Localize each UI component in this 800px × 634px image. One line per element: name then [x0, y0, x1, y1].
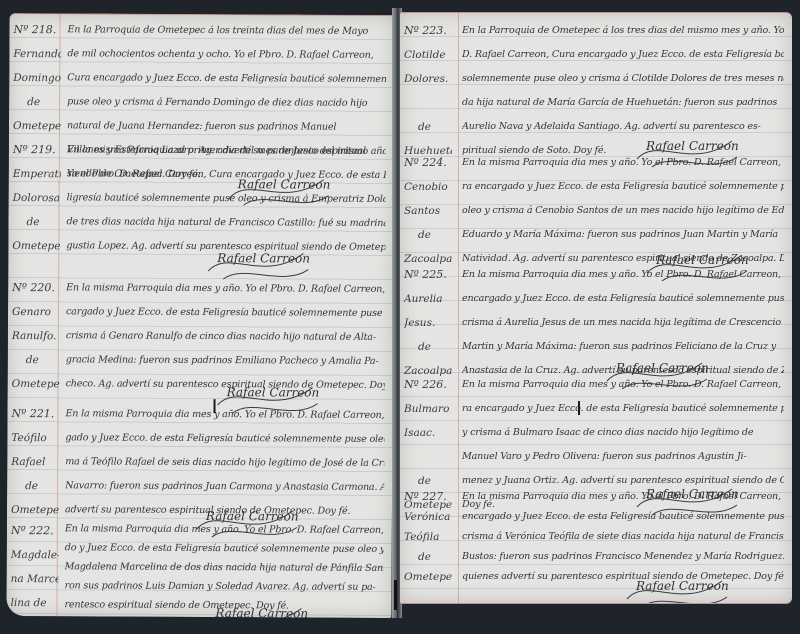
entry-line: solemnemente puse oleo y crisma á Clotil…	[462, 67, 784, 91]
entry-line: ra encargado y Juez Ecco. de esta Feligr…	[462, 175, 784, 199]
entry-line: Magdalena Marcelina de dos dias nacida h…	[65, 557, 384, 578]
margin-name-line: Dolores.	[404, 67, 452, 91]
entry-line: ma á Teófilo Rafael de seis dias nacido …	[65, 450, 384, 476]
entry-margin-note: Nº 224. Cenobio Santos de Zacoalpa.	[404, 151, 452, 271]
entry-margin-note: Nº 227. Verónica Teófila de Ometepec.	[404, 487, 452, 587]
margin-name-line: Ranulfo.	[12, 324, 60, 348]
priest-signature: Rafael Carreon	[201, 598, 311, 618]
entry-line: ra encargado y Juez Ecco. de esta Feligr…	[462, 397, 784, 421]
entry-line: ligresía bauticé solemnemente puse oleo …	[67, 186, 386, 212]
entry-line: natural de Juana Hernandez: fueron sus p…	[67, 114, 386, 140]
margin-rule	[458, 13, 459, 603]
entry-line: cargado y Juez Ecco. de esta Feligresía …	[66, 300, 385, 326]
entry-number: Nº 225.	[404, 263, 452, 287]
margin-name-line: de	[13, 90, 61, 114]
margin-name-line: lina de	[10, 591, 58, 615]
ink-blot	[578, 401, 580, 415]
entry-line: En la Parroquia de Ometepec á los tres d…	[462, 19, 784, 43]
margin-name-line: na Marce-	[11, 567, 59, 591]
entry-line: En la misma Parroquia dia mes y año. Yo …	[66, 276, 385, 302]
entry-number: Nº 218.	[13, 18, 61, 42]
entry-line: En la misma Parroquia dia mes y año. Yo …	[65, 402, 384, 428]
entry-line: Cura encargado y Juez Ecco. de esta Feli…	[67, 66, 386, 92]
entry-number: Nº 222.	[11, 519, 59, 543]
margin-name-line: Fernando	[13, 42, 61, 66]
margin-name-line: Genaro	[12, 300, 60, 324]
margin-name-line: de	[12, 348, 60, 372]
entry-line: Yo el Pbro. D. Rafael Carreon, Cura enca…	[67, 162, 386, 188]
margin-name-line: de	[404, 115, 452, 139]
entry-margin-note: Nº 223. Clotilde Dolores. de Huehuetán.	[404, 19, 452, 163]
margin-name-line: Emperatriz	[13, 162, 61, 186]
entry-line: crisma á Verónica Teófila de siete dias …	[462, 527, 784, 547]
entry-number: Nº 219.	[13, 138, 61, 162]
margin-name-line: Teófila	[404, 527, 452, 547]
baptism-entry-218: Nº 218. Fernando Domingo. de Ometepec. E…	[10, 18, 395, 20]
entry-line: En la misma Parroquia dia mes y año. Yo …	[462, 373, 784, 397]
margin-name-line: de	[404, 223, 452, 247]
open-register-book: Nº 218. Fernando Domingo. de Ometepec. E…	[0, 0, 800, 634]
entry-number: Nº 226.	[404, 373, 452, 397]
entry-line: Bustos: fueron sus padrinos Francisco Me…	[462, 547, 784, 567]
margin-name-line: Santos	[404, 199, 452, 223]
margin-name-line: Isaac.	[404, 421, 452, 445]
margin-name-line: Cenobio	[404, 175, 452, 199]
entry-number: Nº 223.	[404, 19, 452, 43]
margin-name-line: de	[11, 474, 59, 498]
entry-line: da hija natural de María García de Huehu…	[462, 91, 784, 115]
margin-name-line: de	[12, 210, 60, 234]
entry-line: crisma á Aurelia Jesus de un mes nacida …	[462, 311, 784, 335]
baptism-entry-220: Nº 220. Genaro Ranulfo. de Ometepec. En …	[8, 276, 393, 278]
entry-line: En la misma Parroquia dia mes y año. Yo …	[65, 519, 384, 540]
entry-line: crisma á Genaro Ranulfo de cinco dias na…	[66, 324, 385, 350]
entry-margin-note: Nº 225. Aurelia Jesus. de Zacoalpa.	[404, 263, 452, 383]
entry-line: En la misma Parroquia al primer dia del …	[67, 138, 386, 164]
entry-line: ron sus padrinos Luis Damian y Soledad A…	[65, 576, 384, 597]
entry-line: de tres dias nacida hija natural de Fran…	[66, 210, 385, 236]
margin-name-line: Ometepec.	[12, 234, 60, 258]
binding-clip	[394, 580, 397, 610]
entry-line: Navarro: fueron sus padrinos Juan Carmon…	[65, 474, 384, 500]
margin-name-line: Bulmaro	[404, 397, 452, 421]
entry-line: encargado y Juez Ecco. de esta Feligresí…	[462, 507, 784, 527]
ink-blot	[213, 399, 215, 413]
margin-name-line: Clotilde	[404, 43, 452, 67]
entry-margin-note: Nº 219. Emperatriz Dolorosa de Ometepec.	[12, 138, 61, 258]
entry-line: de mil ochocientos ochenta y ocho. Yo el…	[67, 42, 386, 68]
entry-number: Nº 224.	[404, 151, 452, 175]
margin-name-line: Verónica	[404, 507, 452, 527]
entry-line: En la Parroquia de Ometepec á los treint…	[67, 18, 386, 44]
entry-line: do y Juez Ecco. de esta Feligresía bauti…	[65, 538, 384, 559]
entry-line: D. Rafael Carreon, Cura encargado y Juez…	[462, 43, 784, 67]
margin-name-line: Domingo.	[13, 66, 61, 90]
entry-line: puse oleo y crisma á Fernando Domingo de…	[67, 90, 386, 116]
entry-line: En la misma Parroquia dia mes y año. Yo …	[462, 263, 784, 287]
margin-name-line: Ometepec.	[10, 615, 58, 618]
priest-signature: Rafael Carreon	[622, 571, 732, 604]
entry-text: En la misma Parroquia al primer dia del …	[66, 138, 386, 260]
left-page: Nº 218. Fernando Domingo. de Ometepec. E…	[6, 13, 394, 618]
entry-line: encargado y Juez Ecco. de esta Feligresí…	[462, 287, 784, 311]
margin-name-line: Rafael	[11, 450, 59, 474]
entry-line: gracia Medina: fueron sus padrinos Emili…	[66, 348, 385, 374]
margin-name-line: Ometepec.	[13, 114, 61, 138]
margin-name-line: Ometepec.	[404, 567, 452, 587]
entry-number: Nº 220.	[12, 276, 60, 300]
margin-name-line: Teófilo	[11, 426, 59, 450]
margin-name-line: de	[404, 547, 452, 567]
margin-name-line: Ometepec.	[12, 372, 60, 396]
baptism-entry-221: Nº 221. Teófilo Rafael de Ometepec. En l…	[8, 402, 393, 404]
entry-margin-note: Nº 218. Fernando Domingo. de Ometepec.	[13, 18, 62, 138]
right-page: Nº 223. Clotilde Dolores. de Huehuetán. …	[400, 12, 792, 604]
entry-margin-note: Nº 222. Magdale- na Marce- lina de Omete…	[10, 519, 59, 618]
entry-line: oleo y crisma á Cenobio Santos de un mes…	[462, 199, 784, 223]
entry-line: gado y Juez Ecco. de esta Feligresía bau…	[65, 426, 384, 452]
entry-number: Nº 227.	[404, 487, 452, 507]
margin-name-line: Dolorosa	[13, 186, 61, 210]
entry-line: Eduardo y María Máxima: fueron sus padri…	[462, 223, 784, 247]
entry-line: Manuel Varo y Pedro Olivera: fueron sus …	[462, 445, 784, 469]
entry-line: y crisma á Bulmaro Isaac de cinco dias n…	[462, 421, 784, 445]
entry-number: Nº 221.	[11, 402, 59, 426]
margin-name-line: Aurelia	[404, 287, 452, 311]
margin-name-line: Magdale-	[11, 543, 59, 567]
entry-line: En la misma Parroquia dia mes y año. Yo …	[462, 487, 784, 507]
margin-name-line: Jesus.	[404, 311, 452, 335]
entry-margin-note: Nº 221. Teófilo Rafael de Ometepec.	[11, 402, 60, 522]
entry-margin-note: Nº 220. Genaro Ranulfo. de Ometepec.	[12, 276, 61, 396]
margin-name-line: de	[404, 335, 452, 359]
entry-line: En la misma Parroquia dia mes y año. Yo …	[462, 151, 784, 175]
